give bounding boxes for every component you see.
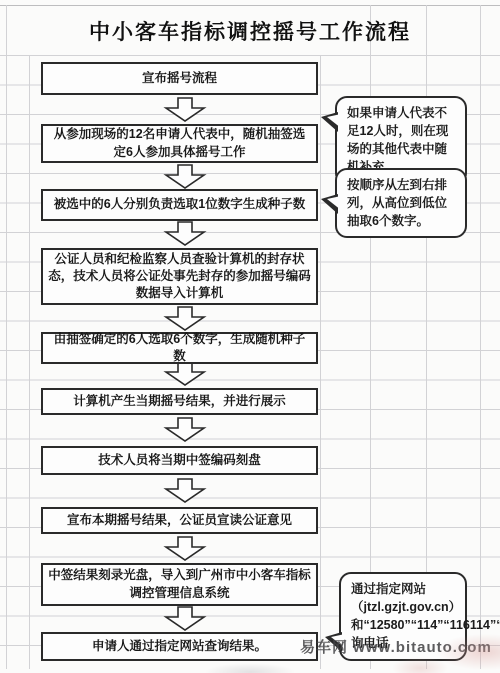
flow-step-9: 中签结果刻录光盘，导入到广州市中小客车指标调控管理信息系统 (41, 563, 318, 606)
grid-vertical-line (29, 55, 30, 669)
flow-step-4: 公证人员和纪检监察人员查验计算机的封存状态，技术人员将公证处事先封存的参加摇号编… (41, 248, 318, 305)
down-arrow-icon (163, 221, 207, 246)
flow-step-5: 由抽签确定的6人选取6个数字，生成随机种子数 (41, 332, 318, 364)
down-arrow-icon (163, 536, 207, 561)
flow-step-7: 技术人员将当期中签编码刻盘 (41, 446, 318, 475)
flow-step-10: 申请人通过指定网站查询结果。 (41, 632, 318, 661)
grid-top-line (0, 5, 500, 6)
down-arrow-icon (163, 417, 207, 442)
flow-step-3: 被选中的6人分别负责选取1位数字生成种子数 (41, 189, 318, 221)
down-arrow-icon (163, 164, 207, 189)
down-arrow-icon (163, 606, 207, 631)
down-arrow-icon (163, 306, 207, 331)
watermark: 易车网 www.bitauto.com (300, 636, 492, 657)
grid-vertical-line (320, 55, 321, 669)
flow-step-8: 宣布本期摇号结果，公证员宣读公证意见 (41, 507, 318, 534)
callout-tail (327, 196, 341, 210)
flow-step-6: 计算机产生当期摇号结果，并进行展示 (41, 388, 318, 415)
callout-text: 按顺序从左到右排列，从高位到低位抽取6个数字。 (347, 178, 447, 228)
down-arrow-icon (163, 478, 207, 503)
flow-step-1: 宣布摇号流程 (41, 62, 318, 95)
flowchart-sheet: 中小客车指标调控摇号工作流程 宣布摇号流程 从参加现场的12名申请人代表中，随机… (0, 0, 500, 673)
callout-text: 如果申请人代表不足12人时，则在现场的其他代表中随机补充。 (347, 106, 448, 174)
grid-vertical-line (6, 5, 7, 669)
flow-step-2: 从参加现场的12名申请人代表中，随机抽签选定6人参加具体摇号工作 (41, 124, 318, 163)
grid-vertical-line (480, 5, 481, 669)
callout-note-2: 按顺序从左到右排列，从高位到低位抽取6个数字。 (335, 168, 467, 238)
down-arrow-icon (163, 97, 207, 122)
page-title: 中小客车指标调控摇号工作流程 (0, 16, 500, 46)
callout-tail (327, 114, 341, 128)
